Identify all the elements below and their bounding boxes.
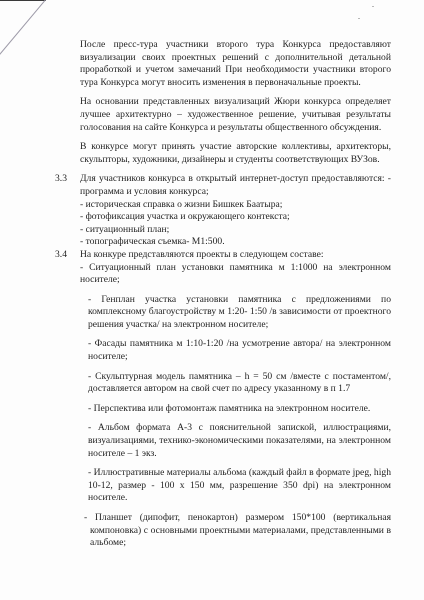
list-item: - ситуационный план; (80, 224, 391, 237)
list-item: - Ситуационный план установки памятника … (80, 262, 391, 287)
paragraph-press-tour: После пресс-тура участники второго тура … (80, 39, 391, 89)
scan-fold-crease (0, 0, 46, 55)
scanned-document-page: После пресс-тура участники второго тура … (0, 0, 424, 600)
list-item: - Иллюстративные материалы альбома (кажд… (88, 467, 391, 505)
scan-speck (372, 6, 374, 7)
section-intro: Для участников конкурса в открытый интер… (80, 173, 391, 198)
list-item: - историческая справка о жизни Бишкек Ба… (80, 199, 391, 212)
section-intro: На конкуре представляются проекты в след… (80, 249, 391, 262)
section-3-3: 3.3 Для участников конкурса в открытый и… (80, 173, 391, 249)
list-item: - Фасады памятника м 1:10-1:20 /на усмот… (88, 338, 391, 363)
scan-speck (358, 18, 360, 19)
section-number: 3.3 (55, 173, 67, 186)
section-3-4: 3.4 На конкуре представляются проекты в … (80, 249, 391, 550)
list-item: - фотофиксация участка и окружающего кон… (80, 211, 391, 224)
section-number: 3.4 (55, 249, 67, 262)
scan-fold-edge (0, 0, 46, 1)
list-item: - топографическая съемка- М1:500. (80, 236, 391, 249)
paragraph-participants: В конкурсе могут принять участие авторск… (80, 141, 391, 166)
list-item: - Генплан участка установки памятника с … (88, 294, 391, 332)
document-body: После пресс-тура участники второго тура … (80, 39, 391, 557)
paragraph-jury-decision: На основании представленных визуализаций… (80, 96, 391, 134)
list-item: - Скульптурная модель памятника – h = 50… (88, 371, 391, 396)
list-item: - Альбом формата А-3 с пояснительной зап… (88, 422, 391, 460)
list-item: - Планшет (дипофит, пенокартон) размером… (90, 512, 391, 550)
list-item: - Перспектива или фотомонтаж памятника н… (88, 403, 391, 416)
